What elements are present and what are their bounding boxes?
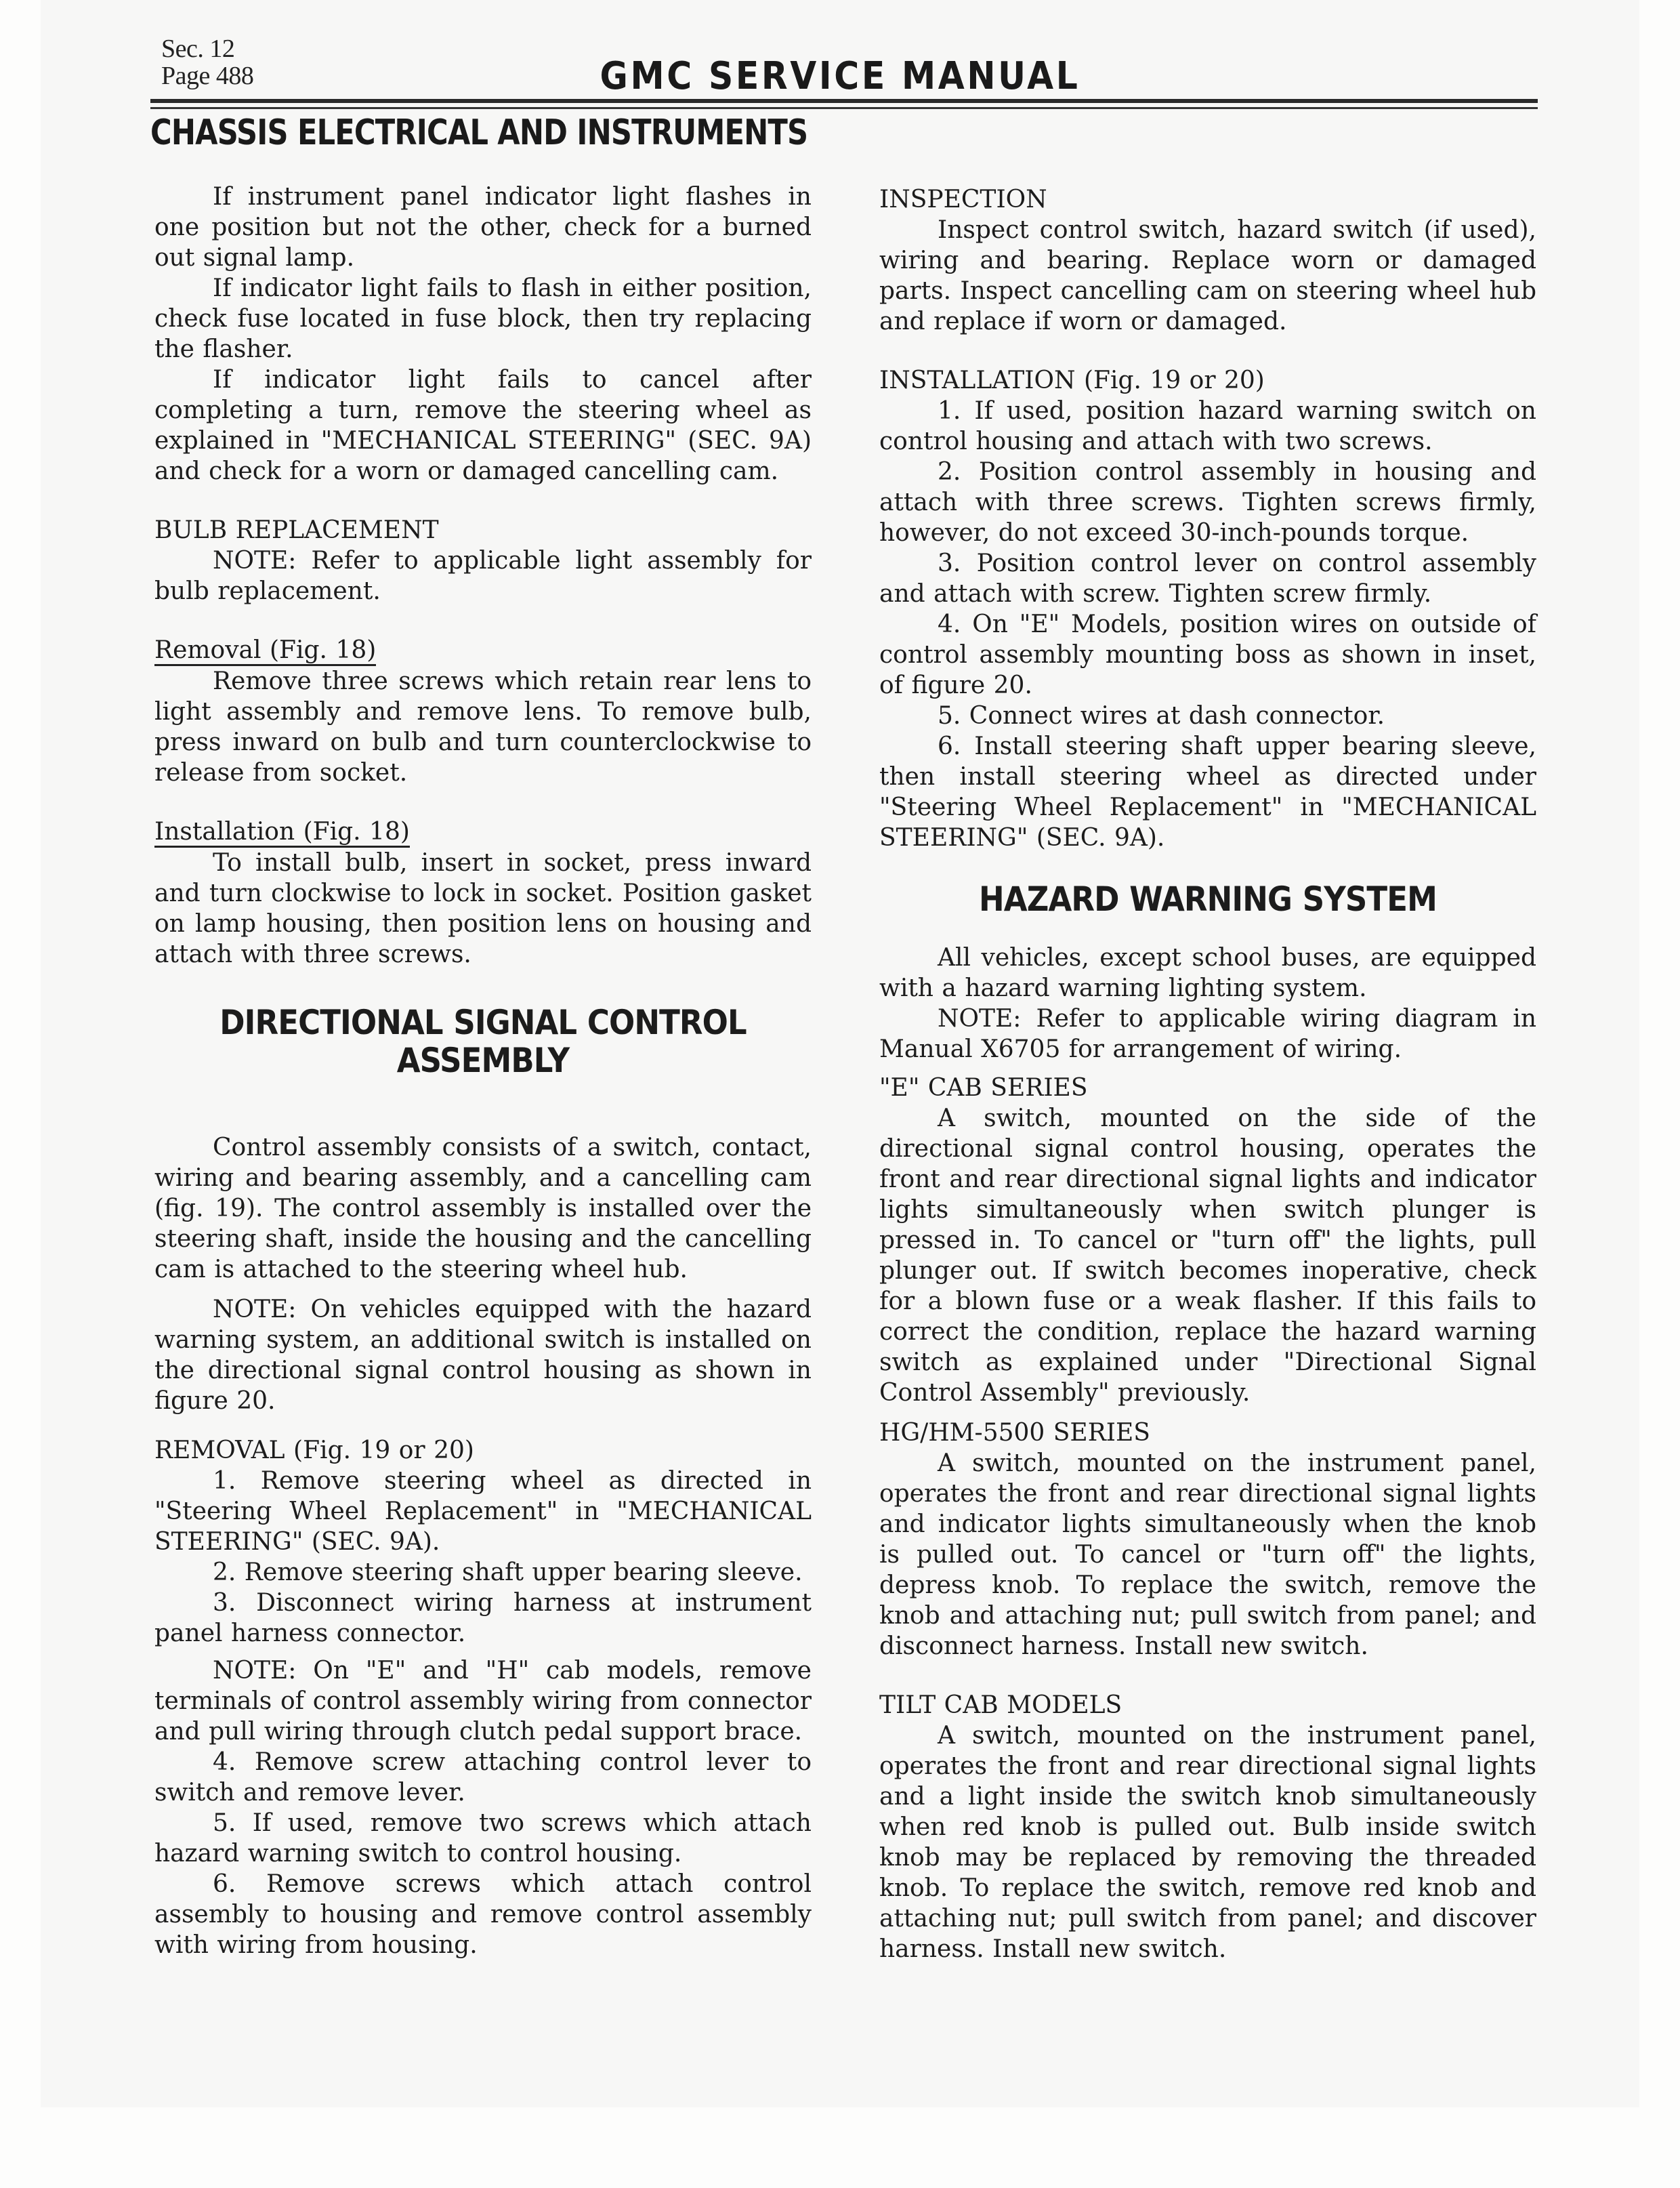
paragraph: Remove three screws which retain rear le… — [154, 666, 812, 788]
paragraph: If instrument panel indicator light flas… — [154, 182, 812, 273]
subsection-heading-e-cab: "E" CAB SERIES — [879, 1073, 1536, 1103]
step-item: 4. On "E" Models, position wires on outs… — [879, 609, 1536, 701]
subsection-heading-tilt-cab: TILT CAB MODELS — [879, 1690, 1536, 1720]
heading-line-1: DIRECTIONAL SIGNAL CONTROL — [219, 1003, 747, 1042]
paragraph: If indicator light fails to flash in eit… — [154, 273, 812, 365]
step-item: 4. Remove screw attaching control lever … — [154, 1747, 812, 1808]
removal-fig18-heading: Removal (Fig. 18) — [154, 637, 376, 666]
header-rule-thin — [150, 107, 1538, 109]
step-item: 6. Install steering shaft upper bearing … — [879, 731, 1536, 853]
subsection-heading-hg-hm-5500: HG/HM-5500 SERIES — [879, 1418, 1536, 1448]
step-item: 2. Remove steering shaft upper bearing s… — [154, 1557, 812, 1588]
step-item: 3. Position control lever on control ass… — [879, 548, 1536, 609]
paragraph: A switch, mounted on the instrument pane… — [879, 1448, 1536, 1661]
section-heading-directional-signal: DIRECTIONAL SIGNAL CONTROL ASSEMBLY — [188, 1004, 779, 1079]
section-heading-hazard-warning: HAZARD WARNING SYSTEM — [912, 880, 1504, 918]
subsection-heading-bulb-replacement: BULB REPLACEMENT — [154, 515, 812, 545]
step-item: 2. Position control assembly in housing … — [879, 457, 1536, 548]
heading-line-2: ASSEMBLY — [397, 1041, 570, 1080]
paragraph: All vehicles, except school buses, are e… — [879, 943, 1536, 1004]
manual-page: Sec. 12 Page 488 GMC SERVICE MANUAL CHAS… — [0, 0, 1680, 2188]
subsection-heading-removal: REMOVAL (Fig. 19 or 20) — [154, 1435, 812, 1466]
subsection-heading-installation: INSTALLATION (Fig. 19 or 20) — [879, 365, 1536, 396]
step-item: 1. Remove steering wheel as directed in … — [154, 1466, 812, 1557]
right-column: INSPECTION Inspect control switch, hazar… — [879, 184, 1536, 1964]
step-item: 5. Connect wires at dash connector. — [879, 701, 1536, 731]
step-item: 1. If used, position hazard warning swit… — [879, 396, 1536, 457]
paragraph: A switch, mounted on the instrument pane… — [879, 1720, 1536, 1964]
left-column: If instrument panel indicator light flas… — [154, 182, 812, 1960]
chapter-title: CHASSIS ELECTRICAL AND INSTRUMENTS — [150, 112, 807, 153]
step-item: 5. If used, remove two screws which atta… — [154, 1808, 812, 1869]
step-item: 6. Remove screws which attach control as… — [154, 1869, 812, 1960]
paragraph: If indicator light fails to cancel after… — [154, 365, 812, 487]
note: NOTE: On "E" and "H" cab models, remove … — [154, 1655, 812, 1747]
note: NOTE: Refer to applicable wiring diagram… — [879, 1004, 1536, 1065]
paragraph: To install bulb, insert in socket, press… — [154, 848, 812, 970]
paragraph: Inspect control switch, hazard switch (i… — [879, 215, 1536, 337]
step-item: 3. Disconnect wiring harness at instrume… — [154, 1588, 812, 1649]
note: NOTE: On vehicles equipped with the haza… — [154, 1294, 812, 1416]
installation-fig18-heading: Installation (Fig. 18) — [154, 819, 410, 848]
paragraph: A switch, mounted on the side of the dir… — [879, 1103, 1536, 1408]
manual-title: GMC SERVICE MANUAL — [84, 54, 1596, 98]
subsection-heading-inspection: INSPECTION — [879, 184, 1536, 215]
header-rule-thick — [150, 99, 1538, 103]
paragraph: Control assembly consists of a switch, c… — [154, 1132, 812, 1285]
note: NOTE: Refer to applicable light assembly… — [154, 545, 812, 606]
